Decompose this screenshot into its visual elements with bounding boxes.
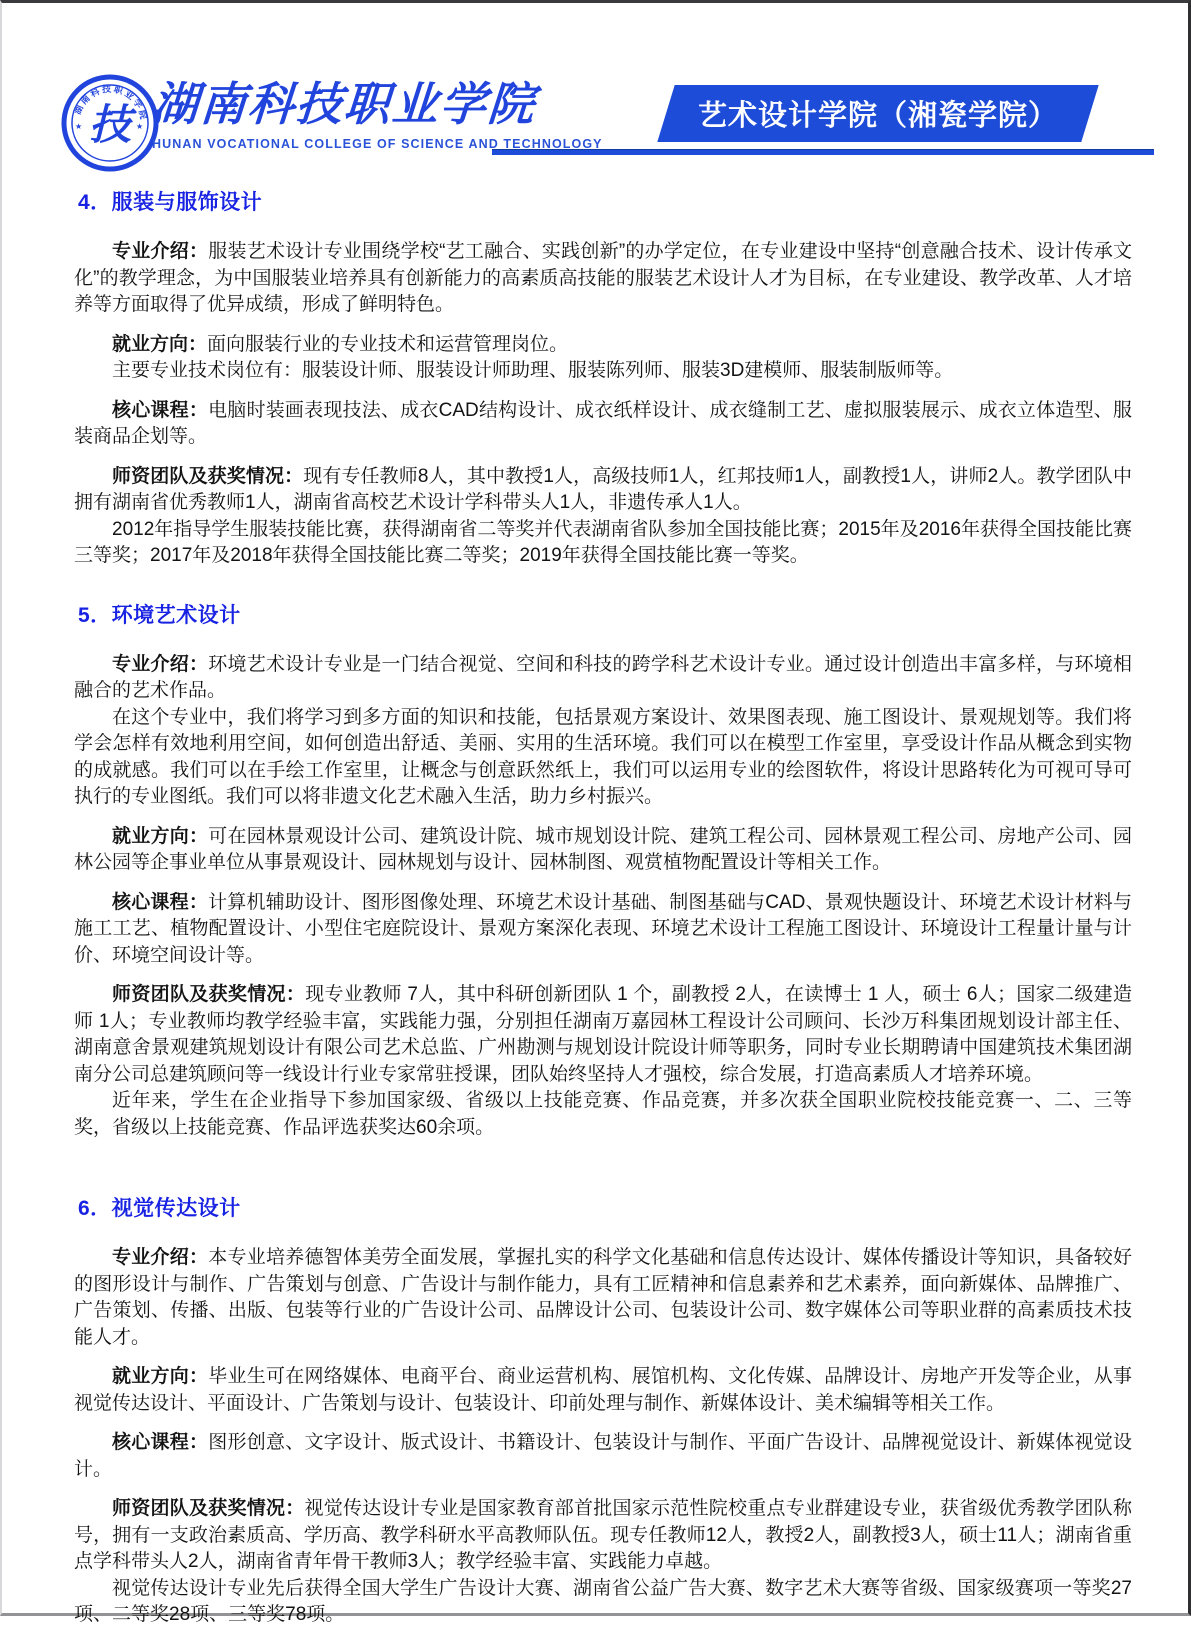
paragraph: 2012年指导学生服装技能比赛，获得湖南省二等奖并代表湖南省队参加全国技能比赛；… — [74, 517, 1132, 570]
paragraph: 专业介绍：本专业培养德智体美劳全面发展，掌握扎实的科学文化基础和信息传达设计、媒… — [74, 1245, 1132, 1351]
college-name-calligraphy: 湖南科技职业学院 — [150, 73, 534, 135]
paragraph: 师资团队及获奖情况：视觉传达设计专业是国家教育部首批国家示范性院校重点专业群建设… — [74, 1496, 1132, 1576]
paragraph-label: 就业方向： — [112, 1366, 208, 1387]
paragraph: 就业方向：可在园林景观设计公司、建筑设计院、城市规划设计院、建筑工程公司、园林景… — [74, 824, 1132, 877]
section-title: 4．服装与服饰设计 — [78, 191, 1132, 215]
paragraph: 核心课程：图形创意、文字设计、版式设计、书籍设计、包装设计与制作、平面广告设计、… — [74, 1430, 1132, 1483]
section-title: 6．视觉传达设计 — [78, 1197, 1132, 1221]
paragraph: 专业介绍：服装艺术设计专业围绕学校“艺工融合、实践创新”的办学定位，在专业建设中… — [74, 239, 1132, 319]
paragraph-label: 就业方向： — [112, 826, 208, 847]
paragraph-label: 师资团队及获奖情况： — [112, 466, 303, 487]
paragraph: 核心课程：电脑时装画表现技法、成衣CAD结构设计、成衣纸样设计、成衣缝制工艺、虚… — [74, 398, 1132, 451]
college-name-english: HUNAN VOCATIONAL COLLEGE OF SCIENCE AND … — [152, 137, 542, 151]
paragraph: 视觉传达设计专业先后获得全国大学生广告设计大赛、湖南省公益广告大赛、数字艺术大赛… — [74, 1576, 1132, 1629]
paragraph-label: 核心课程： — [112, 892, 208, 913]
paragraph-label: 就业方向： — [112, 334, 207, 355]
paragraph-label: 师资团队及获奖情况： — [112, 1498, 305, 1519]
paragraph-label: 专业介绍： — [112, 241, 208, 262]
paragraph-label: 核心课程： — [112, 400, 208, 421]
paragraph: 就业方向：面向服装行业的专业技术和运营管理岗位。 — [74, 332, 1132, 359]
paragraph-text: 可在园林景观设计公司、建筑设计院、城市规划设计院、建筑工程公司、园林景观工程公司… — [74, 826, 1132, 874]
paragraph-text: 图形创意、文字设计、版式设计、书籍设计、包装设计与制作、平面广告设计、品牌视觉设… — [74, 1432, 1132, 1480]
major-section: 5．环境艺术设计专业介绍：环境艺术设计专业是一门结合视觉、空间和科技的跨学科艺术… — [74, 604, 1132, 1142]
header-rule — [492, 149, 1154, 155]
seal-star-left: ★ — [75, 122, 82, 131]
paragraph-label: 专业介绍： — [112, 654, 208, 675]
content: 4．服装与服饰设计专业介绍：服装艺术设计专业围绕学校“艺工融合、实践创新”的办学… — [74, 191, 1132, 1629]
paragraph-label: 专业介绍： — [112, 1247, 208, 1268]
section-title: 5．环境艺术设计 — [78, 604, 1132, 628]
paragraph-text: 2012年指导学生服装技能比赛，获得湖南省二等奖并代表湖南省队参加全国技能比赛；… — [74, 519, 1132, 567]
paragraph: 师资团队及获奖情况：现有专任教师8人，其中教授1人，高级技师1人，红邦技师1人，… — [74, 464, 1132, 517]
paragraph-text: 面向服装行业的专业技术和运营管理岗位。 — [207, 334, 568, 355]
paragraph: 近年来，学生在企业指导下参加国家级、省级以上技能竞赛、作品竞赛，并多次获全国职业… — [74, 1088, 1132, 1141]
department-banner: 艺术设计学院（湘瓷学院） — [666, 85, 1090, 142]
paragraph-text: 视觉传达设计专业先后获得全国大学生广告设计大赛、湖南省公益广告大赛、数字艺术大赛… — [74, 1578, 1132, 1626]
seal-monogram: 技 — [89, 101, 137, 148]
paragraph: 核心课程：计算机辅助设计、图形图像处理、环境艺术设计基础、制图基础与CAD、景观… — [74, 890, 1132, 970]
major-section: 6．视觉传达设计专业介绍：本专业培养德智体美劳全面发展，掌握扎实的科学文化基础和… — [74, 1197, 1132, 1629]
page-header: 湖南科技职业学院 ★ ★ 技 湖南科技职业学院 HUNAN VOCATIONAL… — [2, 3, 1188, 189]
paragraph-label: 核心课程： — [112, 1432, 208, 1453]
paragraph-text: 服装艺术设计专业围绕学校“艺工融合、实践创新”的办学定位，在专业建设中坚持“创意… — [74, 241, 1132, 315]
paragraph-text: 近年来，学生在企业指导下参加国家级、省级以上技能竞赛、作品竞赛，并多次获全国职业… — [74, 1090, 1132, 1138]
paragraph-text: 环境艺术设计专业是一门结合视觉、空间和科技的跨学科艺术设计专业。通过设计创造出丰… — [74, 654, 1132, 702]
paragraph: 师资团队及获奖情况：现专业教师 7人，其中科研创新团队 1 个，副教授 2人，在… — [74, 982, 1132, 1088]
paragraph-text: 毕业生可在网络媒体、电商平台、商业运营机构、展馆机构、文化传媒、品牌设计、房地产… — [74, 1366, 1132, 1414]
paragraph: 主要专业技术岗位有：服装设计师、服装设计师助理、服装陈列师、服装3D建模师、服装… — [74, 358, 1132, 385]
paragraph-text: 电脑时装画表现技法、成衣CAD结构设计、成衣纸样设计、成衣缝制工艺、虚拟服装展示… — [74, 400, 1132, 448]
paragraph: 在这个专业中，我们将学习到多方面的知识和技能，包括景观方案设计、效果图表现、施工… — [74, 705, 1132, 811]
paragraph: 就业方向：毕业生可在网络媒体、电商平台、商业运营机构、展馆机构、文化传媒、品牌设… — [74, 1364, 1132, 1417]
seal-star-right: ★ — [136, 122, 143, 131]
major-section: 4．服装与服饰设计专业介绍：服装艺术设计专业围绕学校“艺工融合、实践创新”的办学… — [74, 191, 1132, 570]
paragraph: 专业介绍：环境艺术设计专业是一门结合视觉、空间和科技的跨学科艺术设计专业。通过设… — [74, 652, 1132, 705]
department-title: 艺术设计学院（湘瓷学院） — [666, 85, 1090, 142]
college-seal-icon: 湖南科技职业学院 ★ ★ 技 — [60, 73, 160, 173]
paragraph-text: 在这个专业中，我们将学习到多方面的知识和技能，包括景观方案设计、效果图表现、施工… — [74, 707, 1132, 808]
document-page: 湖南科技职业学院 ★ ★ 技 湖南科技职业学院 HUNAN VOCATIONAL… — [0, 0, 1191, 1616]
paragraph-text: 计算机辅助设计、图形图像处理、环境艺术设计基础、制图基础与CAD、景观快题设计、… — [74, 892, 1132, 966]
paragraph-text: 主要专业技术岗位有：服装设计师、服装设计师助理、服装陈列师、服装3D建模师、服装… — [112, 360, 953, 381]
paragraph-label: 师资团队及获奖情况： — [112, 984, 305, 1005]
paragraph-text: 本专业培养德智体美劳全面发展，掌握扎实的科学文化基础和信息传达设计、媒体传播设计… — [74, 1247, 1132, 1348]
